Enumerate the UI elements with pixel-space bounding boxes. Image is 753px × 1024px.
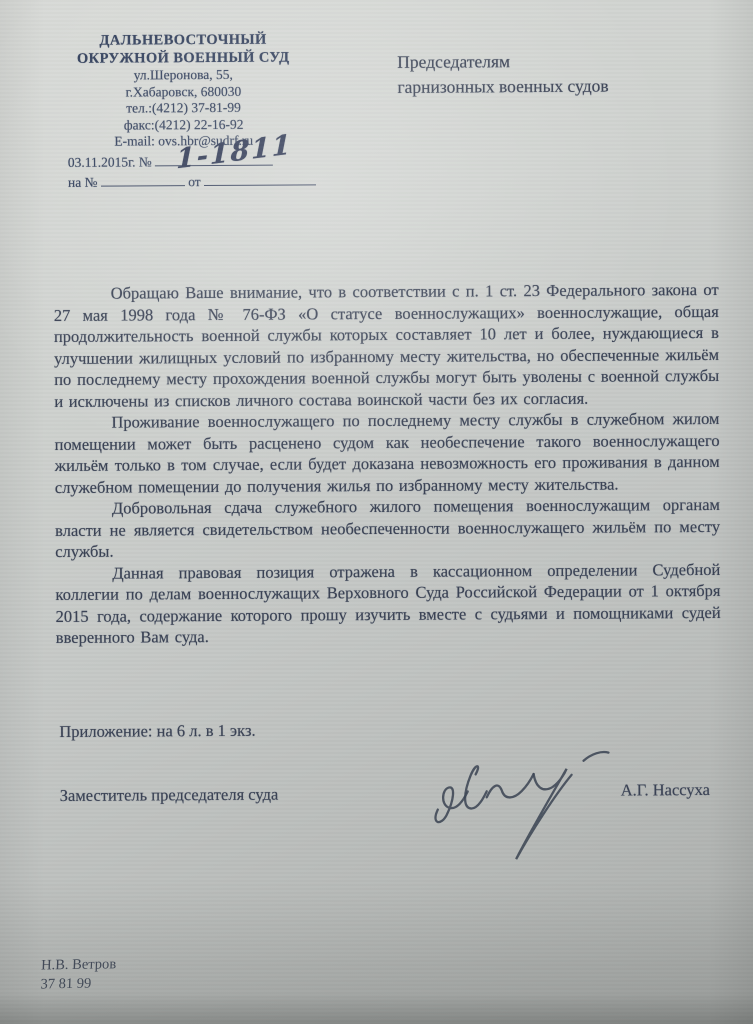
signer-name: А.Г. Нассуха xyxy=(621,780,710,801)
scanned-letter-photo: ДАЛЬНЕВОСТОЧНЫЙ ОКРУЖНОЙ ВОЕННЫЙ СУД ул.… xyxy=(0,0,753,1024)
body-paragraph-3: Добровольная сдача служебного жилого пом… xyxy=(55,494,720,563)
signer-position-title: Заместитель председателя суда xyxy=(60,785,279,806)
letter-page: ДАЛЬНЕВОСТОЧНЫЙ ОКРУЖНОЙ ВОЕННЫЙ СУД ул.… xyxy=(0,0,753,1024)
executor-block: Н.В. Ветров 37 81 99 xyxy=(40,955,116,994)
incoming-date-blank xyxy=(204,172,316,186)
handwritten-signature xyxy=(425,746,638,867)
executor-phone: 37 81 99 xyxy=(40,974,116,994)
body-paragraph-4: Данная правовая позиция отражена в касса… xyxy=(55,558,721,648)
body-paragraph-1: Обращаю Ваше внимание, что в соответстви… xyxy=(54,279,720,412)
incoming-ref-label: на № xyxy=(68,174,98,189)
letter-body: Обращаю Ваше внимание, что в соответстви… xyxy=(54,279,721,649)
executor-name: Н.В. Ветров xyxy=(41,955,117,975)
outgoing-date-label: 03.11.2015г. № xyxy=(68,154,152,170)
body-paragraph-2: Проживание военнослужащего по последнему… xyxy=(54,408,720,498)
incoming-ref-line: на № от xyxy=(46,172,322,191)
letterhead-address-line2: г.Хабаровск, 680030 xyxy=(45,83,321,101)
incoming-date-label: от xyxy=(188,174,201,189)
incoming-number-blank xyxy=(101,173,185,187)
addressee-line2: гарнизонных военных судов xyxy=(397,73,717,100)
outgoing-ref-line: 03.11.2015г. № 1-1811 xyxy=(46,152,322,171)
letterhead-phone: тел.:(4212) 37-81-99 xyxy=(45,99,321,117)
addressee-block: Председателям гарнизонных военных судов xyxy=(397,48,717,100)
letterhead-org-line1: ДАЛЬНЕВОСТОЧНЫЙ xyxy=(45,30,321,50)
attachment-note: Приложение: на 6 л. в 1 экз. xyxy=(59,721,255,742)
letterhead-org-line2: ОКРУЖНОЙ ВОЕННЫЙ СУД xyxy=(45,48,321,68)
letterhead: ДАЛЬНЕВОСТОЧНЫЙ ОКРУЖНОЙ ВОЕННЫЙ СУД ул.… xyxy=(45,30,322,190)
letterhead-address-line1: ул.Шеронова, 55, xyxy=(45,66,321,84)
addressee-line1: Председателям xyxy=(397,48,717,75)
